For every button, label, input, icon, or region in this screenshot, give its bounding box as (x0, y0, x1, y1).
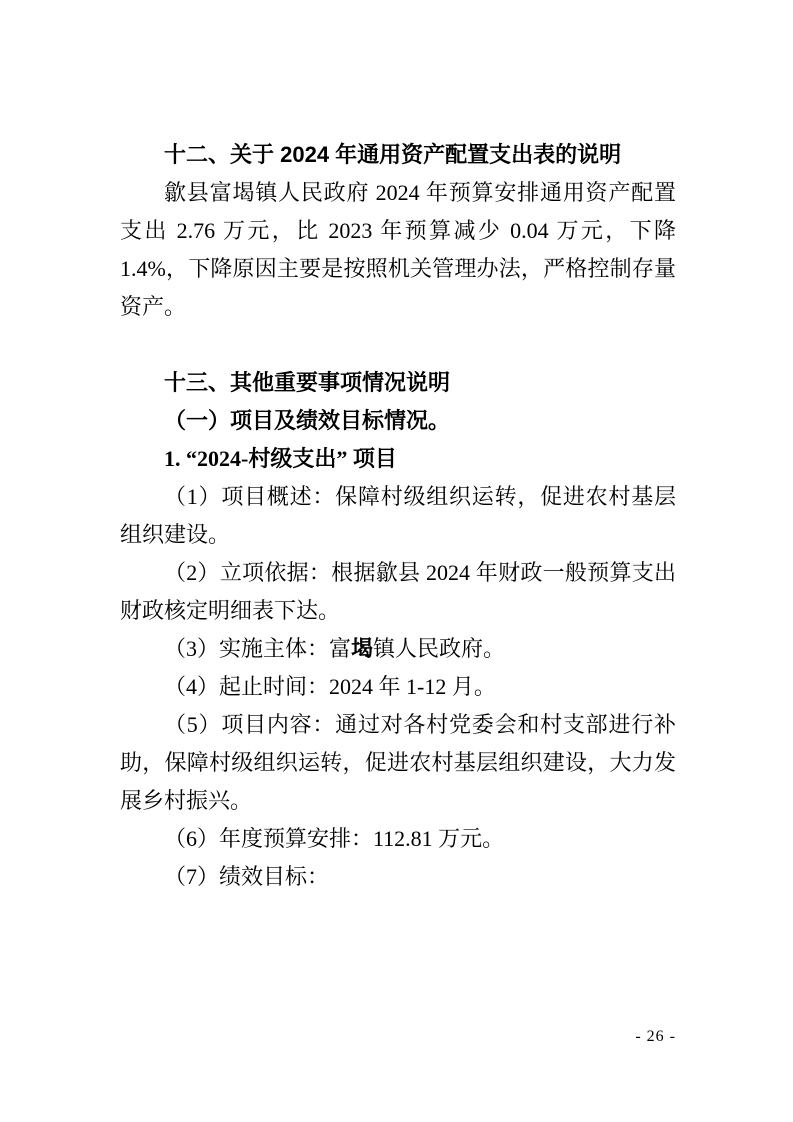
project-item-basis: （2）立项依据：根据歙县 2024 年财政一般预算支出财政核定明细表下达。 (120, 554, 676, 630)
section-12-heading: 十二、关于 2024 年通用资产配置支出表的说明 (120, 136, 676, 174)
project-item-overview: （1）项目概述：保障村级组织运转，促进农村基层组织建设。 (120, 478, 676, 554)
page-number: - 26 - (635, 1028, 676, 1046)
implementer-text-prefix: （3）实施主体：富 (164, 636, 351, 661)
project-item-implementer: （3）实施主体：富堨镇人民政府。 (120, 630, 676, 668)
section-12-paragraph: 歙县富堨镇人民政府 2024 年预算安排通用资产配置支出 2.76 万元，比 2… (120, 174, 676, 326)
project-item-budget: （6）年度预算安排：112.81 万元。 (120, 820, 676, 858)
section-13-subheading: （一）项目及绩效目标情况。 (120, 402, 676, 440)
project-1-title: 1. “2024-村级支出” 项目 (120, 440, 676, 478)
section-13-heading: 十三、其他重要事项情况说明 (120, 364, 676, 402)
document-page: 十二、关于 2024 年通用资产配置支出表的说明 歙县富堨镇人民政府 2024 … (0, 0, 793, 1122)
project-item-duration: （4）起止时间：2024 年 1-12 月。 (120, 668, 676, 706)
project-item-content: （5）项目内容：通过对各村党委会和村支部进行补助，保障村级组织运转，促进农村基层… (120, 706, 676, 820)
implementer-text-suffix: 镇人民政府。 (373, 636, 505, 661)
project-item-performance-goal: （7）绩效目标： (120, 858, 676, 896)
implementer-bold-char: 堨 (351, 636, 373, 661)
